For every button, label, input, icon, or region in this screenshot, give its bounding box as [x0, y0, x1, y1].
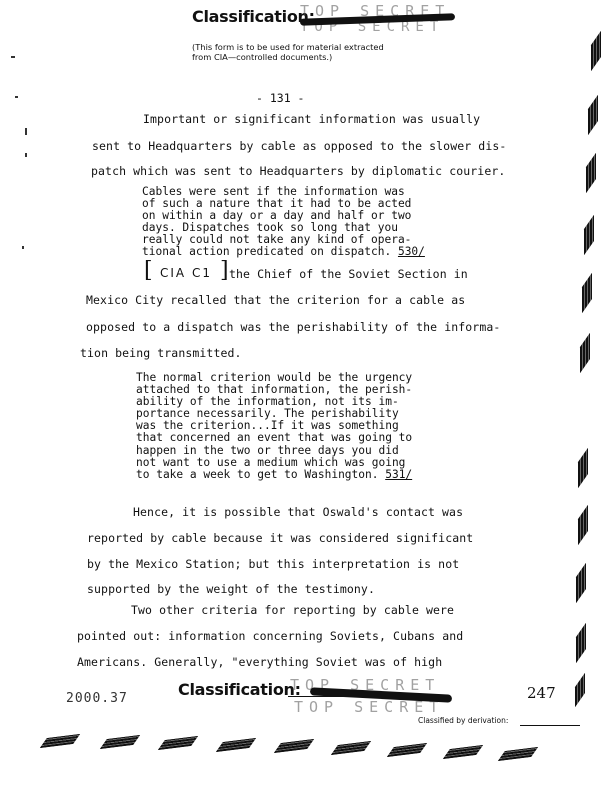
quote-line: that concerned an event that was going t… — [136, 432, 412, 444]
body-line: supported by the weight of the testimony… — [87, 582, 375, 596]
speck — [25, 128, 27, 135]
footnote-ref-531: 531/ — [385, 468, 412, 481]
body-line: sent to Headquarters by cable as opposed… — [92, 139, 506, 153]
body-line: patch which was sent to Headquarters by … — [91, 164, 505, 178]
derivation-label: Classified by derivation: — [418, 716, 508, 725]
header-classification-stamp: TOP SECRET TOP SECRET — [300, 2, 460, 36]
header-classification-label: Classification: — [192, 7, 315, 26]
scan-edge-mark — [576, 563, 586, 603]
handwritten-redaction-note: CIA C1 — [160, 266, 212, 280]
bracket-left-icon: [ — [144, 258, 153, 283]
body-line: Americans. Generally, "everything Soviet… — [77, 655, 442, 669]
scan-edge-mark — [578, 448, 588, 488]
scan-edge-mark — [582, 273, 592, 313]
body-line: Mexico City recalled that the criterion … — [86, 293, 465, 307]
scan-edge-mark — [584, 215, 594, 255]
form-note-line-2: from CIA—controlled documents.) — [192, 52, 384, 62]
page-number: - 131 - — [256, 91, 304, 105]
scan-edge-mark — [216, 738, 256, 752]
body-line: Hence, it is possible that Oswald's cont… — [133, 505, 463, 519]
footnote-ref-530: 530/ — [398, 245, 425, 258]
scan-edge-mark — [575, 673, 585, 707]
body-line: pointed out: information concerning Sovi… — [77, 629, 463, 643]
quote-text: to take a week to get to Washington. — [136, 468, 385, 481]
scan-edge-mark — [586, 153, 596, 193]
scan-edge-mark — [443, 745, 483, 759]
body-line: tion being transmitted. — [80, 346, 242, 360]
footer-classification-label: Classification: — [178, 680, 301, 699]
block-quote-2: The normal criterion would be the urgenc… — [136, 372, 412, 481]
quote-line: happen in the two or three days you did — [136, 445, 412, 457]
speck — [22, 246, 24, 249]
bracket-right-icon: ] — [220, 258, 229, 283]
scan-edge-mark — [591, 31, 601, 71]
block-quote-1: Cables were sent if the information was … — [142, 186, 425, 259]
form-note: (This form is to be used for material ex… — [192, 42, 384, 62]
body-line: reported by cable because it was conside… — [87, 531, 473, 545]
scan-edge-mark — [331, 741, 371, 755]
quote-line: to take a week to get to Washington. 531… — [136, 469, 412, 481]
speck — [11, 56, 15, 58]
scan-edge-mark — [498, 747, 538, 761]
speck — [25, 153, 27, 157]
scan-edge-mark — [274, 739, 314, 753]
body-line: the Chief of the Soviet Section in — [229, 267, 468, 281]
body-line: by the Mexico Station; but this interpre… — [87, 557, 459, 571]
scan-edge-mark — [40, 734, 80, 748]
speck — [15, 96, 18, 98]
scan-edge-mark — [387, 743, 427, 757]
scan-id: 2000.37 — [66, 691, 128, 706]
derivation-line — [520, 725, 580, 726]
body-line: Two other criteria for reporting by cabl… — [131, 603, 454, 617]
form-note-line-1: (This form is to be used for material ex… — [192, 42, 384, 52]
scan-edge-mark — [580, 333, 590, 373]
body-line: Important or significant information was… — [143, 112, 480, 126]
scan-edge-mark — [576, 623, 586, 663]
quote-line: tional action predicated on dispatch. 53… — [142, 246, 425, 258]
quote-text: tional action predicated on dispatch. — [142, 245, 398, 258]
scan-edge-mark — [578, 505, 588, 545]
body-line: opposed to a dispatch was the perishabil… — [86, 320, 500, 334]
document-number: 247 — [527, 684, 556, 702]
scan-edge-mark — [100, 735, 140, 749]
scan-edge-mark — [158, 736, 198, 750]
scan-edge-mark — [588, 95, 598, 135]
